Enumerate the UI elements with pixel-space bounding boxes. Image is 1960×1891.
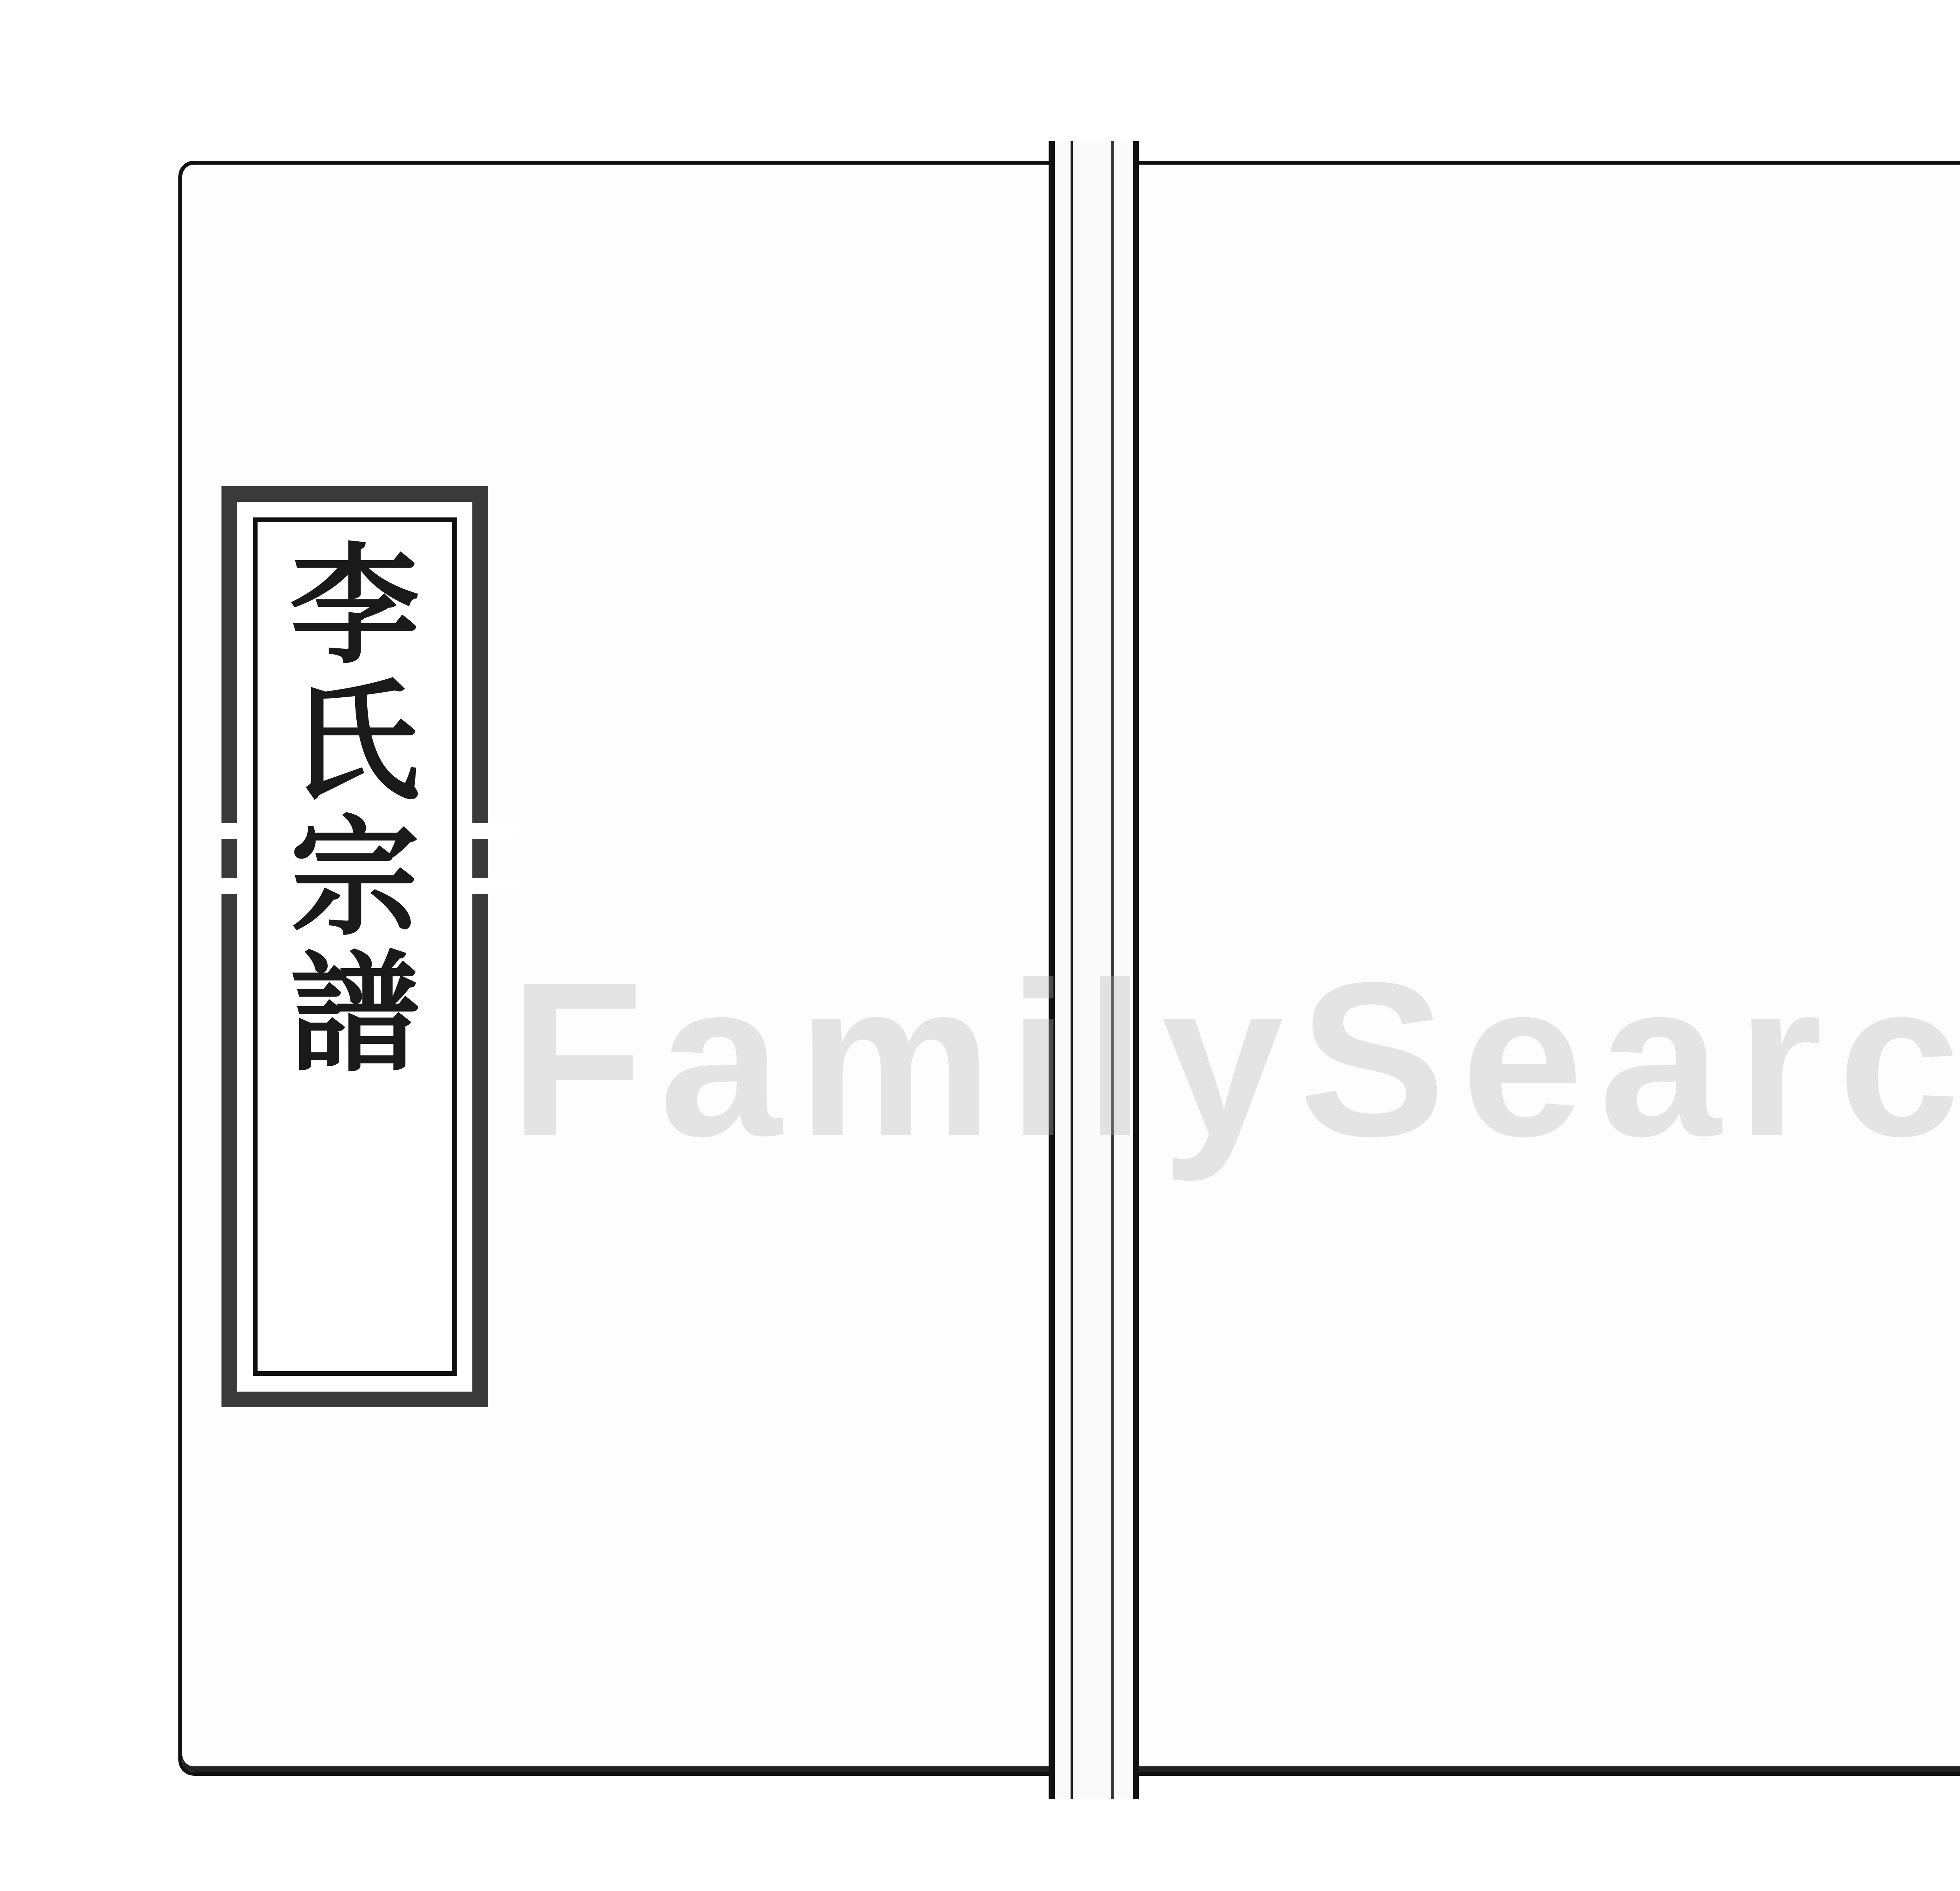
title-char: 李 [290,538,419,674]
book-spine [1049,141,1139,1799]
title-char: 宗 [290,809,419,945]
back-cover [1131,165,1960,1772]
title-char: 譜 [290,945,419,1082]
title-label-inner: 李 氏 宗 譜 [253,517,457,1376]
book-cover: 李 氏 宗 譜 [178,161,1960,1776]
front-cover: 李 氏 宗 譜 [182,165,1049,1772]
title-label: 李 氏 宗 譜 [221,486,488,1407]
title-char: 氏 [290,674,419,810]
